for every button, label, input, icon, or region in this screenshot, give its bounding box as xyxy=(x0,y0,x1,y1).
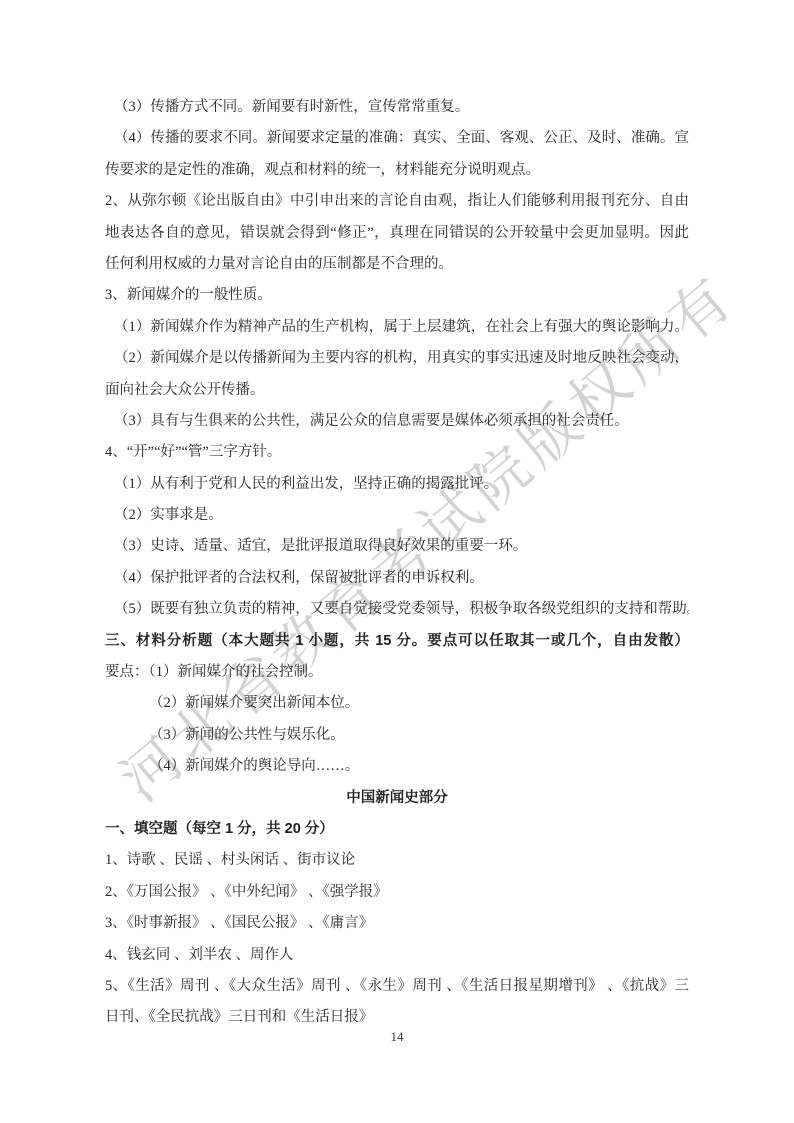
page-number: 14 xyxy=(0,1026,794,1048)
text-line: （1）新闻媒介作为精神产品的生产机构，属于上层建筑，在社会上有强大的舆论影响力。 xyxy=(105,312,689,343)
text-line: （2）新闻媒介要突出新闻本位。 xyxy=(105,688,689,719)
text-line: 面向社会大众公开传播。 xyxy=(105,375,689,406)
text-line: （4）新闻媒介的舆论导向……。 xyxy=(105,751,689,782)
text-line: （4）传播的要求不同。新闻要求定量的准确：真实、全面、客观、公正、及时、准确。宣 xyxy=(105,123,689,154)
text-line: （4）保护批评者的合法权利，保留被批评者的申诉权利。 xyxy=(105,563,689,594)
text-line: 任何利用权威的力量对言论自由的压制都是不合理的。 xyxy=(105,249,689,280)
text-line: （3）具有与生俱来的公共性，满足公众的信息需要是媒体必须承担的社会责任。 xyxy=(105,406,689,437)
text-line: 5、《生活》周刊 、《大众生活》周刊 、《永生》周刊 、《生活日报星期增刊》 、… xyxy=(105,971,689,1002)
text-line: 2、从弥尔顿《论出版自由》中引申出来的言论自由观，指让人们能够利用报刊充分、自由 xyxy=(105,186,689,217)
text-line: （2）实事求是。 xyxy=(105,500,689,531)
text-line: 要点：（1）新闻媒介的社会控制。 xyxy=(105,657,689,688)
text-line: （1）从有利于党和人民的利益出发，坚持正确的揭露批评。 xyxy=(105,469,689,500)
text-line: （2）新闻媒介是以传播新闻为主要内容的机构，用真实的事实迅速及时地反映社会变动， xyxy=(105,343,689,374)
text-line: （3）史诗、适量、适宜，是批评报道取得良好效果的重要一环。 xyxy=(105,531,689,562)
section-heading-fill-in-blanks: 一、填空题（每空 1 分，共 20 分） xyxy=(105,814,689,845)
text-line: 地表达各自的意见，错误就会得到“修正”，真理在同错误的公开较量中会更加显明。因此 xyxy=(105,218,689,249)
text-line: （3）传播方式不同。新闻要有时新性，宣传常常重复。 xyxy=(105,92,689,123)
part-title-china-journalism-history: 中国新闻史部分 xyxy=(105,783,689,814)
text-line: 1、诗歌 、民谣 、村头闲话 、街市议论 xyxy=(105,845,689,876)
text-line: 传要求的是定性的准确，观点和材料的统一，材料能充分说明观点。 xyxy=(105,155,689,186)
text-line: 4、“开”“好”“管”三字方针。 xyxy=(105,437,689,468)
text-line: 4、钱玄同 、刘半农 、周作人 xyxy=(105,940,689,971)
document-page: 河北省教育考试院版权所有 （3）传播方式不同。新闻要有时新性，宣传常常重复。 （… xyxy=(0,0,794,1123)
text-line: 3、《时事新报》 、《国民公报》 、《庸言》 xyxy=(105,908,689,939)
text-line: （3）新闻的公共性与娱乐化。 xyxy=(105,720,689,751)
text-line: （5）既要有独立负责的精神，又要自觉接受党委领导，积极争取各级党组织的支持和帮助… xyxy=(105,594,689,625)
section-heading-material-analysis: 三、材料分析题（本大题共 1 小题，共 15 分。要点可以任取其一或几个，自由发… xyxy=(105,626,689,657)
text-line: 2、《万国公报》 、《中外纪闻》 、《强学报》 xyxy=(105,877,689,908)
text-line: 3、新闻媒介的一般性质。 xyxy=(105,280,689,311)
document-body: （3）传播方式不同。新闻要有时新性，宣传常常重复。 （4）传播的要求不同。新闻要… xyxy=(105,92,689,1034)
